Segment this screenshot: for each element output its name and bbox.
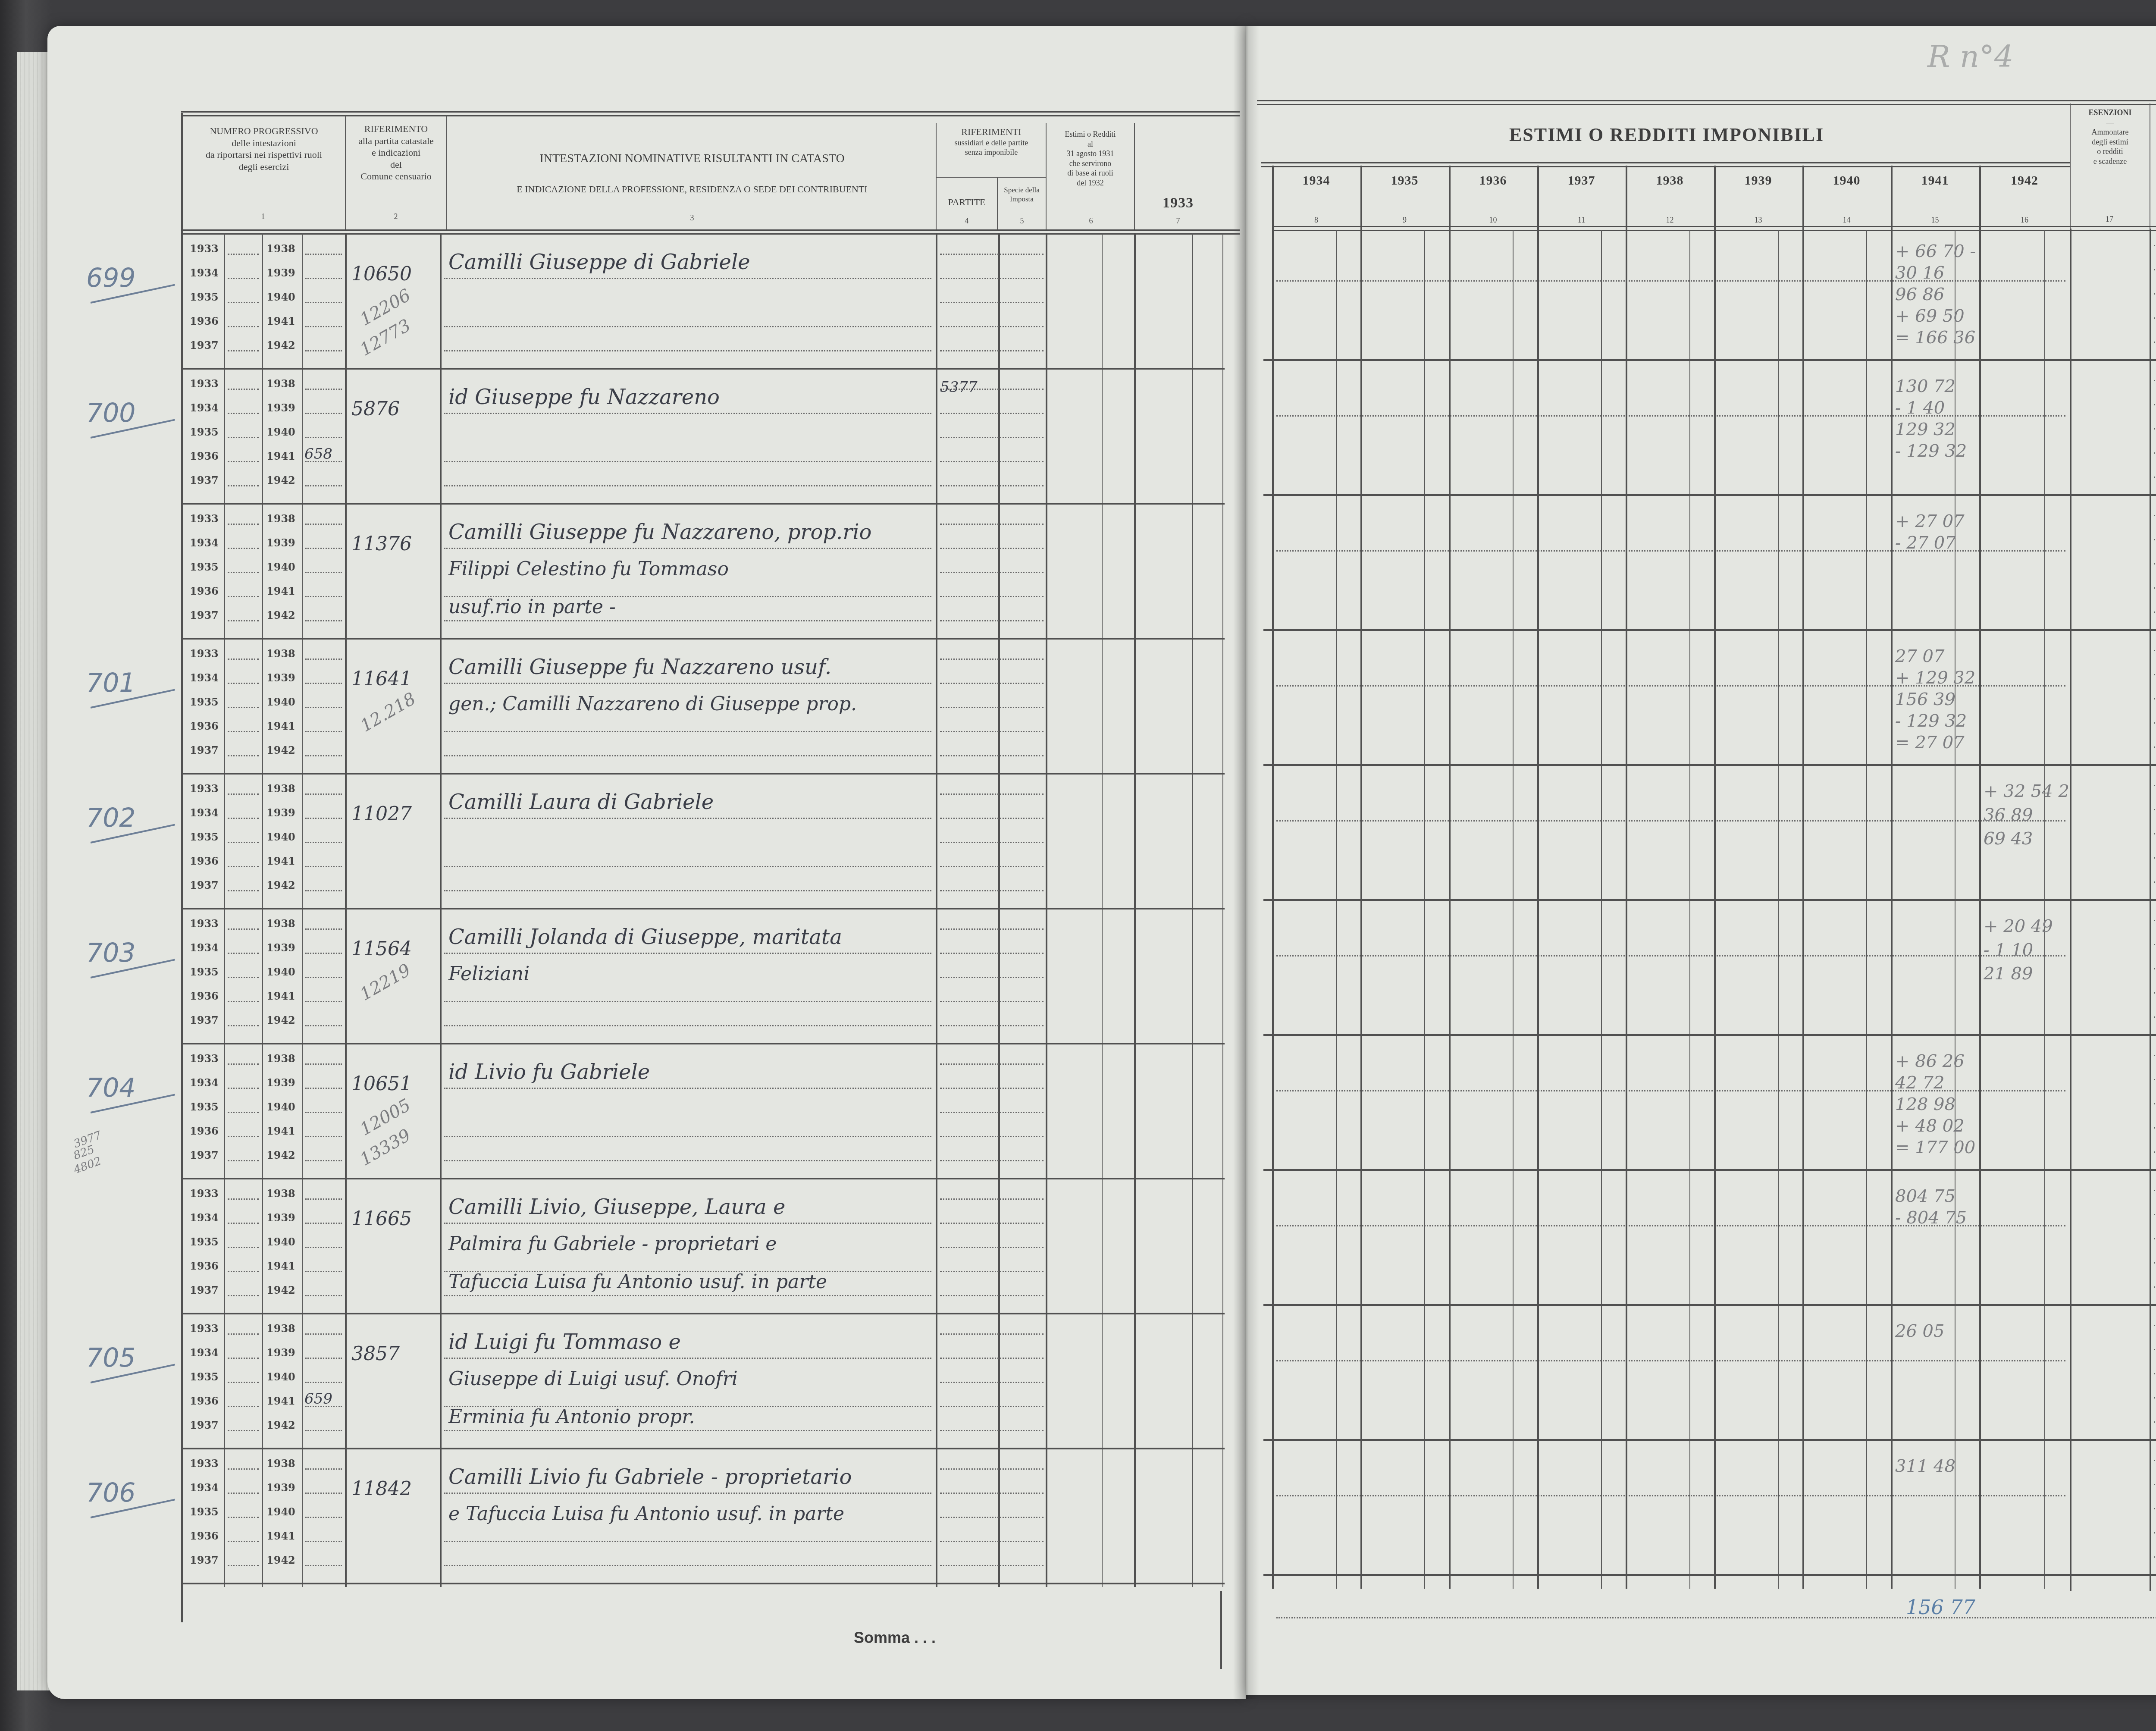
amount-1942: - 1 10: [1984, 940, 2033, 960]
dot-rule: [228, 1468, 259, 1470]
amount-1941: 804 75: [1895, 1186, 1955, 1206]
year-label: 1938: [266, 1187, 295, 1200]
name-rule: [444, 1160, 931, 1161]
header-col2: RIFERIMENTO alla partita catastale e ind…: [346, 123, 446, 182]
year-label: 1941: [266, 450, 295, 462]
dot-rule: [2154, 698, 2156, 699]
name-rule: [444, 890, 931, 891]
dot-rule: [228, 1223, 259, 1224]
year-label: 1935: [190, 426, 219, 438]
name-rule: [444, 461, 931, 462]
amount-1941: = 177 00: [1895, 1138, 1975, 1157]
dot-rule: [2154, 1190, 2156, 1191]
cents-sep: [1336, 230, 1337, 1589]
year-label: 1942: [266, 1419, 295, 1431]
amount-1941: 130 72: [1895, 376, 1955, 396]
amount-1941: + 69 50: [1895, 306, 1965, 326]
name-rule: [444, 755, 931, 756]
col-sep: [224, 233, 225, 1587]
amount-1941: 30 16: [1895, 263, 1945, 283]
name-rule: [444, 278, 931, 279]
dot-rule: [305, 302, 342, 303]
dot-rule: [228, 1382, 259, 1383]
dot-rule: [228, 485, 259, 486]
dot-rule: [228, 1001, 259, 1002]
col-sep: [1979, 166, 1981, 1589]
name-rule: [444, 953, 931, 954]
margin-entry-number: 704: [86, 1073, 136, 1103]
year-label: 1937: [190, 744, 219, 756]
year-label: 1940: [266, 1101, 295, 1113]
entry-divider: [1263, 764, 2156, 766]
dot-rule: [2154, 563, 2156, 564]
col45-line: senza imponibile: [937, 147, 1046, 157]
year-label: 1934: [190, 941, 219, 954]
dot-rule: [2154, 611, 2156, 613]
left-border: [181, 113, 183, 1622]
dot-rule: [2154, 1127, 2156, 1129]
year-label: 1941: [266, 585, 295, 597]
name-rule: [444, 1223, 931, 1224]
col-sep: [998, 233, 1000, 1587]
dot-rule: [305, 326, 342, 327]
year-label: 1937: [190, 879, 219, 891]
year-label: 1940: [266, 1236, 295, 1248]
amount-1941: 96 86: [1895, 285, 1945, 304]
col6-line: al: [1047, 139, 1134, 149]
esenzioni-header: ESENZIONI — Ammontare degli estimi o red…: [2071, 108, 2150, 166]
year-label: 1933: [190, 242, 219, 255]
name-rule: [444, 1025, 931, 1026]
dot-rule: [940, 413, 1044, 414]
dot-rule: [2154, 1349, 2156, 1350]
dot-rule: [305, 1088, 342, 1089]
dot-rule: [2154, 944, 2156, 945]
dot-rule: [940, 1333, 1044, 1335]
dot-rule: [305, 707, 342, 708]
dot-rule: [305, 620, 342, 621]
dot-rule: [940, 548, 1044, 549]
dot-rule: [305, 1136, 342, 1137]
header-col6: Estimi o Redditi al 31 agosto 1931 che s…: [1047, 129, 1134, 188]
dot-rule: [1276, 280, 2065, 282]
dot-rule: [228, 413, 259, 414]
name-rule: [444, 1295, 931, 1296]
year-label: 1942: [266, 1149, 295, 1161]
year-label: 1940: [266, 1505, 295, 1518]
partita-number: 3857: [351, 1343, 400, 1365]
dot-rule: [940, 793, 1044, 795]
dot-rule: [228, 928, 259, 930]
entry-divider: [181, 1313, 1225, 1314]
col3-subtitle: E INDICAZIONE DELLA PROFESSIONE, RESIDEN…: [448, 183, 936, 195]
dot-rule: [1276, 955, 2065, 956]
year-label: 1941: [266, 990, 295, 1002]
col-sep: [1626, 166, 1627, 1589]
subheader-rule: [1261, 162, 2070, 167]
year-label: 1936: [190, 450, 219, 462]
year-label: 1941: [266, 1530, 295, 1542]
partita-number: 10651: [351, 1073, 412, 1095]
dot-rule: [228, 866, 259, 867]
year-label: 1937: [190, 1014, 219, 1026]
year-label: 1942: [266, 339, 295, 351]
name-rule: [444, 1541, 931, 1542]
dot-rule: [305, 1358, 342, 1359]
col-number-1942: 16: [2020, 216, 2029, 225]
year-label: 1933: [190, 782, 219, 795]
year-label: 1934: [190, 267, 219, 279]
amount-1941: 129 32: [1895, 420, 1955, 439]
year-label: 1942: [266, 1554, 295, 1566]
dot-rule: [940, 1565, 1044, 1566]
dot-rule: [305, 572, 342, 573]
partita-number: 11641: [351, 668, 412, 690]
year-label: 1935: [190, 1370, 219, 1383]
name-rule: [444, 548, 931, 549]
dot-rule: [940, 755, 1044, 756]
dot-rule: [228, 1247, 259, 1248]
year-label: 1934: [190, 1481, 219, 1494]
col-number-1934: 8: [1312, 216, 1321, 225]
name-rule: [444, 683, 931, 684]
dot-rule: [228, 818, 259, 819]
dot-rule: [940, 1358, 1044, 1359]
dot-rule: [940, 683, 1044, 684]
dot-rule: [228, 953, 259, 954]
dot-rule: [305, 659, 342, 660]
dot-rule: [305, 793, 342, 795]
name-rule: [444, 413, 931, 414]
top-rule: [1257, 100, 2156, 105]
year-label: 1933: [190, 377, 219, 390]
year-label: 1934: [190, 671, 219, 684]
entry-divider: [181, 773, 1225, 775]
year-label: 1937: [190, 1149, 219, 1161]
dot-rule: [228, 1198, 259, 1200]
dot-rule: [2154, 1484, 2156, 1485]
year-header-1937: 1937: [1537, 172, 1626, 189]
esenzioni-line: o redditi: [2071, 147, 2150, 157]
dot-rule: [2154, 452, 2156, 454]
dot-rule: [2154, 1103, 2156, 1104]
dot-rule: [305, 1001, 342, 1002]
aux-number: 659: [304, 1390, 332, 1408]
col-sep: [1802, 166, 1804, 1589]
col5-number: 5: [1018, 216, 1026, 226]
dot-rule: [228, 389, 259, 390]
entry-divider: [1263, 1304, 2156, 1306]
cents-sep: [1689, 230, 1690, 1589]
year-label: 1937: [190, 1419, 219, 1431]
year-label: 1939: [266, 267, 295, 279]
taxpayer-name-line: Camilli Jolanda di Giuseppe, maritata: [448, 925, 842, 949]
esenzioni-title: ESENZIONI: [2071, 108, 2150, 118]
year-label: 1933: [190, 1187, 219, 1200]
dot-rule: [940, 818, 1044, 819]
dot-rule: [2154, 269, 2156, 270]
dot-rule: [2154, 785, 2156, 786]
dot-rule: [940, 350, 1044, 351]
dot-rule: [940, 596, 1044, 597]
partita-number: 11027: [351, 803, 412, 825]
dot-rule: [940, 1223, 1044, 1224]
dot-rule: [305, 1160, 342, 1161]
year-label: 1941: [266, 1260, 295, 1272]
taxpayer-name-line: id Giuseppe fu Nazzareno: [448, 385, 720, 409]
dot-rule: [228, 683, 259, 684]
dot-rule: [305, 1333, 342, 1335]
dot-rule: [940, 326, 1044, 327]
dot-rule: [305, 731, 342, 732]
year-label: 1941: [266, 315, 295, 327]
partite-subheader: PARTITE: [937, 196, 997, 208]
form-code: Mod. 111 - Imposte Dirette (Intercalare)…: [2104, 69, 2156, 80]
dot-rule: [940, 1382, 1044, 1383]
year-label: 1935: [190, 831, 219, 843]
dot-rule: [940, 1112, 1044, 1113]
dot-rule: [228, 461, 259, 462]
top-rule: [181, 111, 1240, 116]
col1-line: degli esercizi: [183, 161, 345, 173]
col-sep: [302, 233, 303, 1587]
amount-1941: 156 39: [1895, 690, 1955, 709]
dot-rule: [940, 1430, 1044, 1431]
estimi-redditi-title: ESTIMI O REDDITI IMPONIBILI: [1263, 123, 2070, 147]
year-label: 1933: [190, 1322, 219, 1335]
dot-rule: [228, 842, 259, 843]
dot-rule: [2154, 674, 2156, 675]
col-sep: [446, 116, 447, 229]
year-label: 1942: [266, 609, 295, 621]
dot-rule: [228, 596, 259, 597]
dot-rule: [305, 890, 342, 891]
amount-1941: + 48 02: [1895, 1116, 1965, 1136]
year-label: 1934: [190, 1211, 219, 1224]
dot-rule: [940, 928, 1044, 930]
dot-rule: [940, 302, 1044, 303]
dot-rule: [228, 890, 259, 891]
dot-rule: [2154, 857, 2156, 859]
dot-rule: [940, 1517, 1044, 1518]
col3-number: 3: [688, 213, 696, 223]
year-label: 1938: [266, 647, 295, 660]
dot-rule: [305, 977, 342, 978]
name-rule: [444, 350, 931, 351]
dot-rule: [305, 1063, 342, 1065]
col7-year-1933: 1933: [1135, 194, 1221, 213]
dot-rule: [305, 683, 342, 684]
dot-rule: [940, 1063, 1044, 1065]
name-rule: [444, 1088, 931, 1089]
year-label: 1942: [266, 879, 295, 891]
pencil-top-note: R n°4: [1927, 39, 2014, 74]
cents-sep: [1424, 230, 1425, 1589]
entry-divider: [181, 1178, 1225, 1179]
col-sep: [1714, 166, 1716, 1589]
amount-1942: + 20 49: [1984, 916, 2053, 936]
name-rule: [444, 1136, 931, 1137]
year-header-1934: 1934: [1272, 172, 1360, 189]
col-sep: [2150, 229, 2151, 1591]
dot-rule: [305, 548, 342, 549]
dot-rule: [228, 793, 259, 795]
col-number-1937: 11: [1577, 216, 1586, 225]
dot-rule: [940, 254, 1044, 255]
dot-rule: [940, 1198, 1044, 1200]
cents-sep: [1778, 230, 1779, 1589]
year-header-1942: 1942: [1979, 172, 2070, 189]
dot-rule: [940, 1493, 1044, 1494]
taxpayer-name-line: Filippi Celestino fu Tommaso: [448, 558, 729, 580]
name-rule: [444, 1430, 931, 1431]
year-label: 1934: [190, 401, 219, 414]
col2-number: 2: [392, 212, 400, 221]
partita-number: 11564: [351, 938, 412, 960]
amount-1941: 42 72: [1895, 1073, 1945, 1093]
year-label: 1939: [266, 1211, 295, 1224]
entry-divider: [181, 1043, 1225, 1044]
dot-rule: [228, 1112, 259, 1113]
dot-rule: [305, 1493, 342, 1494]
col2-line: alla partita catastale: [346, 135, 446, 147]
book-gutter: [1233, 26, 1259, 1699]
col17-number: 17: [2105, 215, 2114, 224]
year-label: 1936: [190, 585, 219, 597]
dot-rule: [228, 707, 259, 708]
dot-rule: [228, 977, 259, 978]
dot-rule: [1276, 1090, 2065, 1091]
dot-rule: [228, 755, 259, 756]
col-sep: [1134, 233, 1136, 1587]
dot-rule: [305, 350, 342, 351]
dot-rule: [2154, 1055, 2156, 1056]
col-number-1936: 10: [1489, 216, 1498, 225]
amount-1941: - 1 40: [1895, 398, 1945, 418]
dot-rule: [305, 524, 342, 525]
dot-rule: [228, 278, 259, 279]
col6-line: che servirono: [1047, 159, 1134, 169]
dot-rule: [2154, 1556, 2156, 1558]
dot-rule: [940, 1160, 1044, 1161]
dot-rule: [940, 1247, 1044, 1248]
dot-rule: [305, 1430, 342, 1431]
dot-rule: [2154, 1397, 2156, 1399]
dot-rule: [940, 1295, 1044, 1296]
year-label: 1939: [266, 1076, 295, 1089]
dot-rule: [228, 1136, 259, 1137]
dot-rule: [2154, 1421, 2156, 1423]
partita-number: 11842: [351, 1478, 412, 1500]
dot-rule: [228, 731, 259, 732]
year-label: 1939: [266, 671, 295, 684]
year-label: 1942: [266, 744, 295, 756]
dot-rule: [228, 326, 259, 327]
col-sep: [1046, 233, 1047, 1587]
margin-entry-number: 699: [86, 263, 136, 293]
col2-line: e indicazioni: [346, 147, 446, 159]
dot-rule: [940, 1001, 1044, 1002]
entry-divider: [1263, 1169, 2156, 1171]
taxpayer-name-line: Erminia fu Antonio propr.: [448, 1406, 695, 1428]
col-number-1938: 12: [1666, 216, 1674, 225]
dot-rule: [228, 1088, 259, 1089]
year-label: 1942: [266, 1284, 295, 1296]
name-rule: [444, 866, 931, 867]
cents-sep: [1866, 230, 1867, 1589]
margin-entry-number: 702: [86, 803, 136, 833]
margin-entry-number: 706: [86, 1478, 136, 1508]
dot-rule: [228, 548, 259, 549]
amount-1941: + 27 07: [1895, 511, 1965, 531]
specie-imposta-subheader: Specie della Imposta: [998, 185, 1046, 204]
right-page: [1246, 26, 2156, 1695]
year-label: 1940: [266, 831, 295, 843]
cents-sep: [2044, 230, 2045, 1589]
dot-rule: [1276, 415, 2065, 417]
year-label: 1937: [190, 609, 219, 621]
dot-rule: [2154, 1262, 2156, 1264]
header-col4-5: RIFERIMENTI sussidiari e delle partite s…: [937, 126, 1046, 157]
year-label: 1939: [266, 401, 295, 414]
dot-rule: [228, 437, 259, 438]
year-label: 1941: [266, 720, 295, 732]
year-label: 1934: [190, 1076, 219, 1089]
amount-1941: + 86 26: [1895, 1051, 1965, 1071]
col-sep: [1891, 166, 1893, 1589]
dot-rule: [2154, 342, 2156, 343]
taxpayer-name-line: Camilli Giuseppe fu Nazzareno usuf.: [448, 655, 831, 679]
col-number-1939: 13: [1754, 216, 1763, 225]
dot-rule: [228, 1358, 259, 1359]
year-label: 1935: [190, 696, 219, 708]
name-rule: [444, 731, 931, 732]
year-label: 1941: [266, 1395, 295, 1407]
year-label: 1941: [266, 855, 295, 867]
dot-rule: [2154, 1079, 2156, 1080]
dot-rule: [305, 1382, 342, 1383]
taxpayer-name-line: id Livio fu Gabriele: [448, 1060, 650, 1084]
year-label: 1938: [266, 1322, 295, 1335]
dot-rule: [305, 1517, 342, 1518]
dot-rule: [228, 659, 259, 660]
taxpayer-name-line: e Tafuccia Luisa fu Antonio usuf. in par…: [448, 1503, 844, 1525]
dot-rule: [305, 278, 342, 279]
amount-1941: - 129 32: [1895, 441, 1967, 461]
col-number-1941: 15: [1931, 216, 1940, 225]
year-label: 1937: [190, 1554, 219, 1566]
dot-rule: [228, 620, 259, 621]
year-label: 1935: [190, 1505, 219, 1518]
col1-number: 1: [259, 212, 267, 221]
margin-entry-number: 703: [86, 938, 136, 968]
dot-rule: [940, 866, 1044, 867]
amount-1942: 69 43: [1984, 829, 2033, 849]
taxpayer-name-line: Camilli Livio fu Gabriele - proprietario: [448, 1465, 852, 1489]
entry-divider: [181, 638, 1225, 640]
dot-rule: [940, 659, 1044, 660]
dot-rule: [305, 928, 342, 930]
year-label: 1940: [266, 561, 295, 573]
year-label: 1933: [190, 1457, 219, 1470]
year-label: 1940: [266, 291, 295, 303]
name-rule: [444, 818, 931, 819]
taxpayer-name-line: Palmira fu Gabriele - proprietari e: [448, 1233, 777, 1255]
year-label: 1941: [266, 1125, 295, 1137]
amount-1941: - 27 07: [1895, 533, 1956, 553]
dot-rule: [228, 1271, 259, 1272]
name-rule: [444, 1358, 931, 1359]
